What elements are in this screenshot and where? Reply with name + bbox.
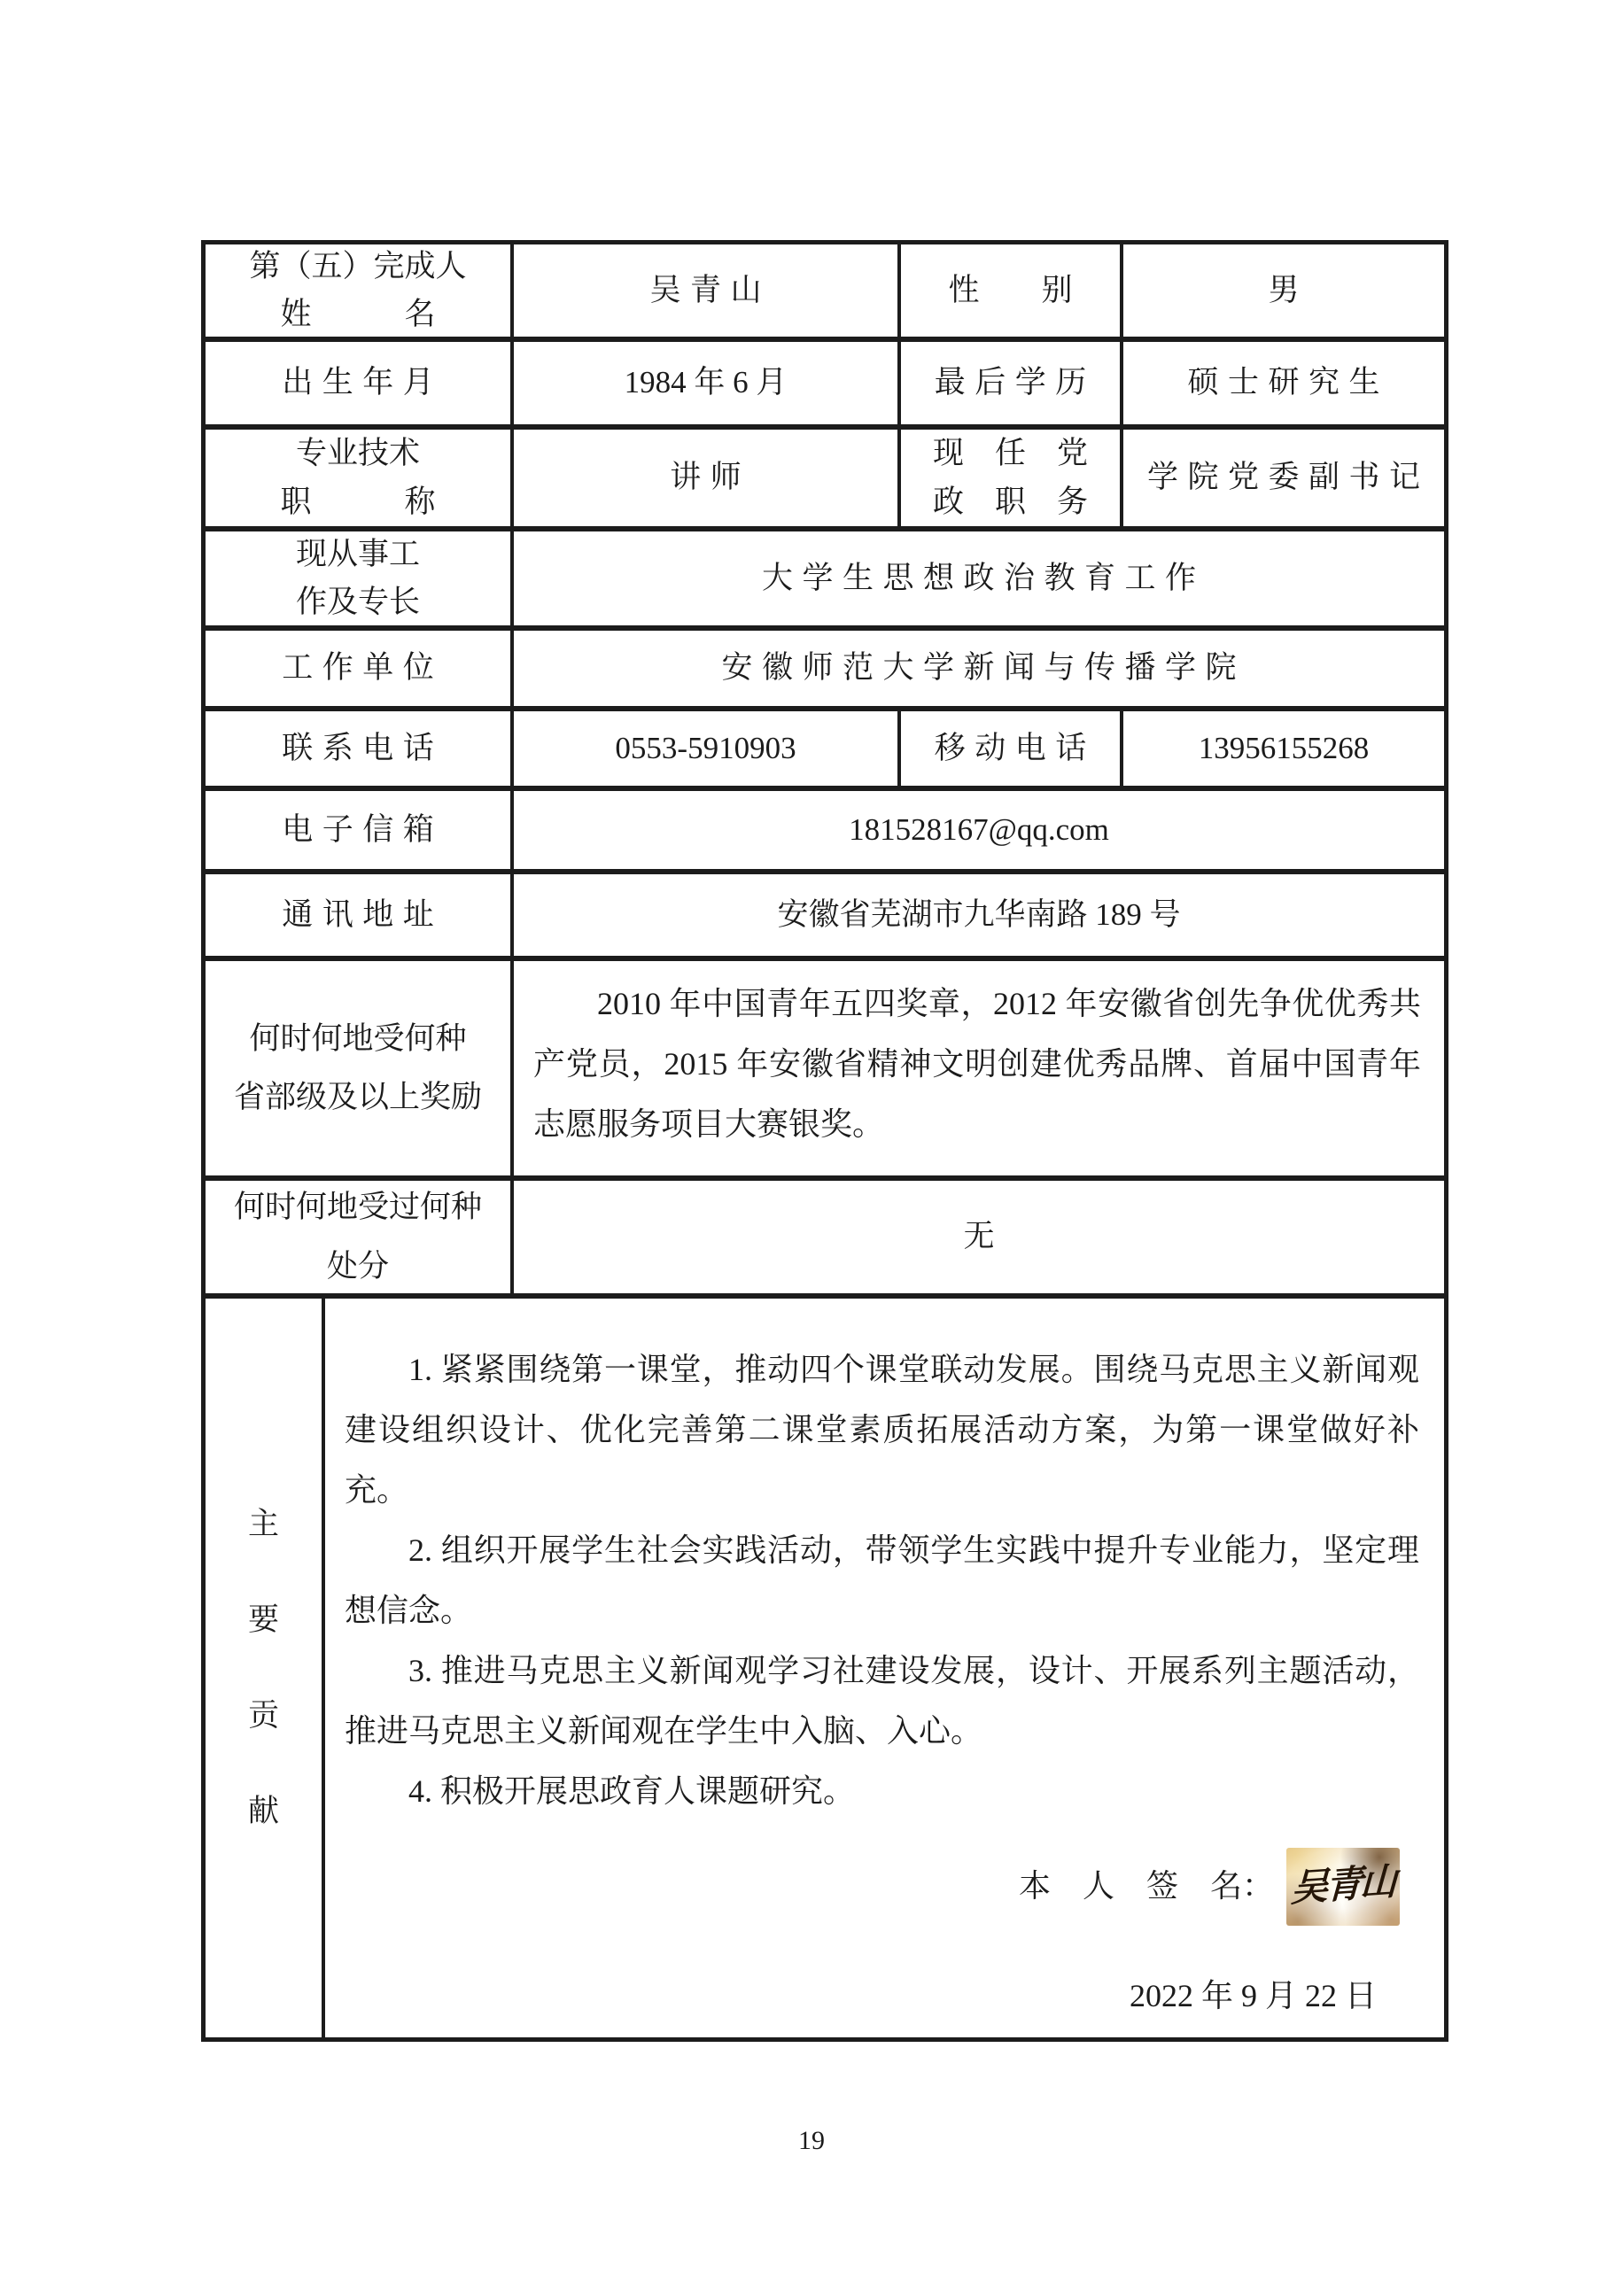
- value-punishments: 无: [514, 1181, 1444, 1299]
- field-label-awards: 何时何地受何种 省部级及以上奖励: [206, 961, 514, 1181]
- value-sex: 男: [1123, 244, 1444, 342]
- contribution-paragraph-1: 1. 紧紧围绕第一课堂，推动四个课堂联动发展。围绕马克思主义新闻观建设组织设计、…: [345, 1339, 1419, 1520]
- value-contact-phone: 0553-5910903: [514, 711, 901, 791]
- contribution-paragraph-3: 3. 推进马克思主义新闻观学习社建设发展，设计、开展系列主题活动，推进马克思主义…: [345, 1641, 1419, 1761]
- field-label-last-education: 最后学历: [901, 342, 1123, 430]
- value-professional-title: 讲师: [514, 430, 901, 531]
- contribution-paragraph-2: 2. 组织开展学生社会实践活动，带领学生实践中提升专业能力，坚定理想信念。: [345, 1520, 1419, 1641]
- page-number: 19: [0, 2126, 1623, 2156]
- scanned-form-page: 第（五）完成人 姓 名 吴青山 性 别 男 出生年月 1984 年 6 月 最后…: [0, 0, 1623, 2296]
- signature-handwriting: 吴青山: [1290, 1854, 1395, 1920]
- field-label-main-contributions: 主 要 贡 献: [206, 1299, 325, 2037]
- field-label-completer-name: 第（五）完成人 姓 名: [206, 244, 514, 342]
- value-main-contributions: 1. 紧紧围绕第一课堂，推动四个课堂联动发展。围绕马克思主义新闻观建设组织设计、…: [325, 1299, 1444, 2037]
- signature-date: 2022 年 9 月 22 日: [345, 1972, 1419, 2021]
- value-party-post: 学院党委副书记: [1123, 430, 1444, 531]
- value-current-work: 大学生思想政治教育工作: [514, 531, 1444, 631]
- value-mobile-phone: 13956155268: [1123, 711, 1444, 791]
- field-label-email: 电子信箱: [206, 791, 514, 874]
- field-label-sex: 性 别: [901, 244, 1123, 342]
- value-email: 181528167@qq.com: [514, 791, 1444, 874]
- field-label-current-work: 现从事工 作及专长: [206, 531, 514, 631]
- signature-image: 吴青山: [1286, 1848, 1400, 1926]
- field-label-punishments: 何时何地受过何种 处分: [206, 1181, 514, 1299]
- value-awards: 2010 年中国青年五四奖章，2012 年安徽省创先争优优秀共产党员，2015 …: [514, 961, 1444, 1181]
- field-label-birth-date: 出生年月: [206, 342, 514, 430]
- value-completer-name: 吴青山: [514, 244, 901, 342]
- signature-row: 本 人 签 名： 吴青山: [345, 1848, 1419, 1926]
- value-last-education: 硕士研究生: [1123, 342, 1444, 430]
- field-label-mailing-address: 通讯地址: [206, 874, 514, 961]
- signature-label: 本 人 签 名：: [1019, 1862, 1274, 1912]
- value-birth-date: 1984 年 6 月: [514, 342, 901, 430]
- value-mailing-address: 安徽省芜湖市九华南路 189 号: [514, 874, 1444, 961]
- field-label-work-unit: 工作单位: [206, 631, 514, 711]
- contribution-paragraph-4: 4. 积极开展思政育人课题研究。: [345, 1761, 1419, 1821]
- personnel-form-table: 第（五）完成人 姓 名 吴青山 性 别 男 出生年月 1984 年 6 月 最后…: [201, 240, 1448, 2042]
- value-work-unit: 安徽师范大学新闻与传播学院: [514, 631, 1444, 711]
- field-label-mobile-phone: 移动电话: [901, 711, 1123, 791]
- field-label-professional-title: 专业技术 职 称: [206, 430, 514, 531]
- field-label-party-post: 现 任 党 政 职 务: [901, 430, 1123, 531]
- field-label-contact-phone: 联系电话: [206, 711, 514, 791]
- awards-paragraph: 2010 年中国青年五四奖章，2012 年安徽省创先争优优秀共产党员，2015 …: [533, 973, 1421, 1154]
